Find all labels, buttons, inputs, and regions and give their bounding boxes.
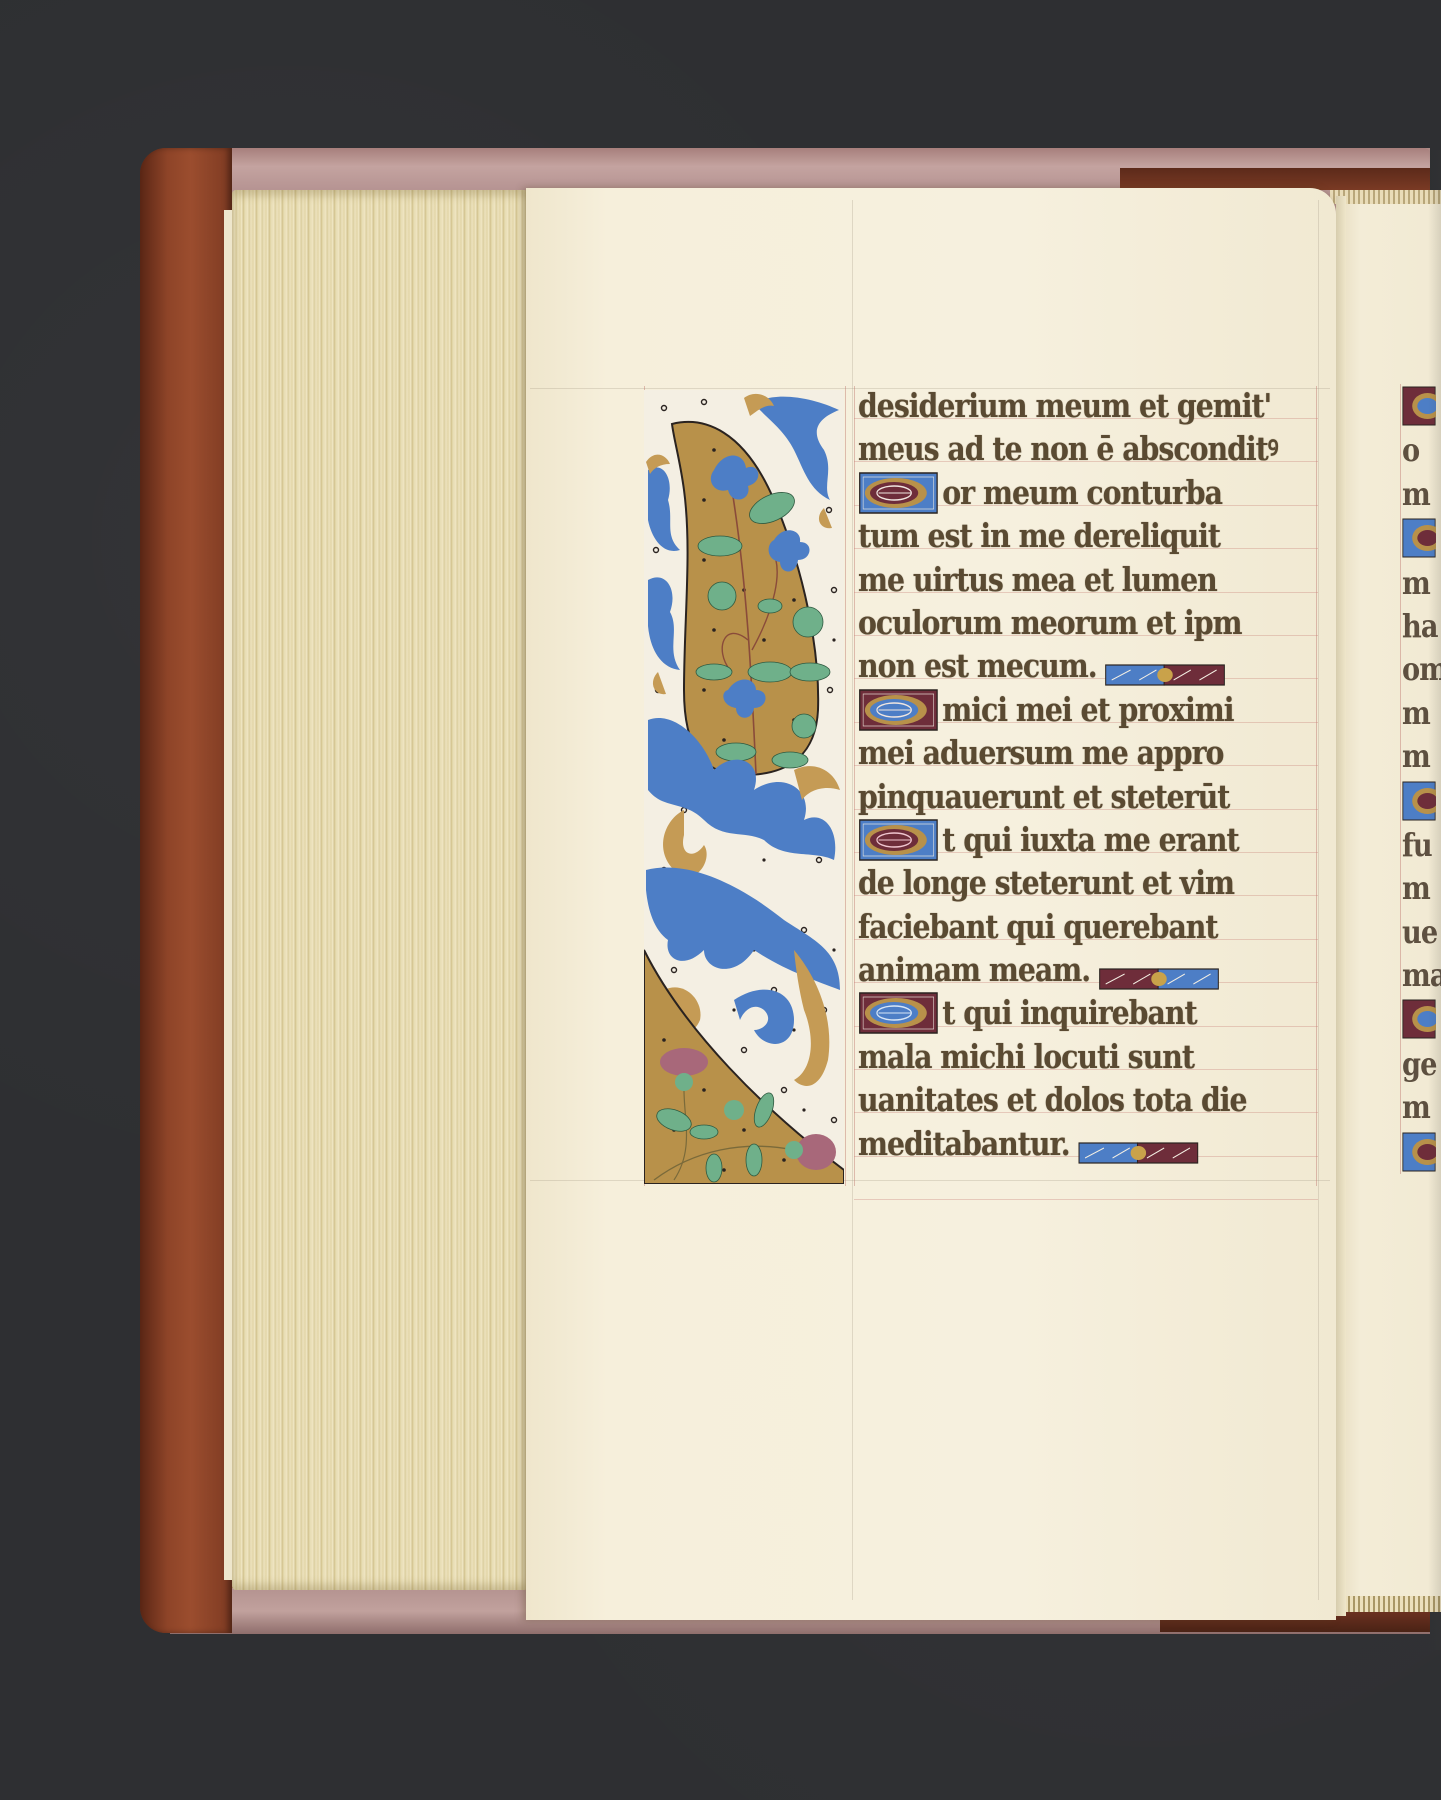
line-filler-ornament [1105, 655, 1225, 677]
line-text: animam meam. [858, 950, 1090, 989]
line-text: oculorum meorum et ipm [858, 603, 1242, 642]
facing-page-fragment: m [1402, 869, 1430, 907]
blue-leaf-left [648, 467, 680, 551]
line-text: t qui iuxta me erant [942, 820, 1238, 859]
line-text: meus ad te non ē absconditꝰ [858, 429, 1278, 468]
line-filler-ornament [1099, 959, 1219, 981]
facing-page-frame-line [1400, 384, 1401, 1174]
gold-scroll-middle [663, 810, 707, 877]
text-line: desiderium meum et gemit' [858, 384, 1254, 427]
headband-top [1330, 190, 1441, 204]
line-text: non est mecum. [858, 646, 1097, 685]
illuminated-initial-a [858, 688, 939, 732]
text-line: meditabantur. [858, 1122, 1254, 1165]
border-illumination-art [644, 390, 844, 1184]
blue-scroll-curl [734, 990, 794, 1044]
line-text: pinquauerunt et steterūt [858, 777, 1229, 816]
text-line: pinquauerunt et steterūt [858, 775, 1254, 818]
line-text: mala michi locuti sunt [858, 1037, 1194, 1076]
blue-leaf-left-2 [648, 577, 680, 670]
border-frame-line [845, 386, 846, 1186]
facing-page-fragment: m [1402, 694, 1430, 732]
line-filler-ornament [1078, 1133, 1198, 1155]
gold-scroll [653, 672, 666, 694]
page-gutter [1336, 196, 1346, 1616]
facing-page-fragment: m [1402, 564, 1430, 602]
line-text: desiderium meum et gemit' [858, 386, 1271, 425]
text-line: t qui inquirebant [858, 991, 1254, 1034]
ruling-guide-vertical [852, 200, 853, 1600]
text-frame-line [854, 386, 855, 1186]
ruling-guide-vertical [1318, 200, 1319, 1600]
text-line: mici mei et proximi [858, 688, 1254, 731]
stacked-page-edges [232, 190, 528, 1590]
text-line: animam meam. [858, 948, 1254, 991]
cover-inner-top [1120, 168, 1430, 190]
line-text: uanitates et dolos tota die [858, 1080, 1247, 1119]
illuminated-initial-e [858, 818, 939, 862]
illuminated-initial-c [858, 471, 939, 515]
text-line: or meum conturba [858, 471, 1254, 514]
text-line: oculorum meorum et ipm [858, 601, 1254, 644]
photo-edge-shadow [1428, 150, 1441, 1650]
facing-page-fragment: m [1402, 1088, 1430, 1126]
line-text: mici mei et proximi [942, 690, 1233, 729]
text-line: uanitates et dolos tota die [858, 1078, 1254, 1121]
facing-page-fragment: o [1402, 431, 1419, 469]
text-line: t qui iuxta me erant [858, 818, 1254, 861]
text-line: de longe steterunt et vim [858, 861, 1254, 904]
text-line: me uirtus mea et lumen [858, 558, 1254, 601]
gold-scroll [819, 508, 832, 528]
ruled-line [854, 1199, 1318, 1200]
text-line: non est mecum. [858, 644, 1254, 687]
illuminated-border [644, 390, 844, 1184]
gold-scroll [794, 766, 840, 800]
facing-page-fragment: m [1402, 737, 1430, 775]
text-line: meus ad te non ē absconditꝰ [858, 427, 1254, 470]
line-text: me uirtus mea et lumen [858, 560, 1217, 599]
line-text: tum est in me dereliquit [858, 516, 1220, 555]
manuscript-text-block: desiderium meum et gemit'meus ad te non … [858, 384, 1318, 1165]
text-line: mala michi locuti sunt [858, 1035, 1254, 1078]
text-line: faciebant qui querebant [858, 905, 1254, 948]
facing-page-fragment: m [1402, 475, 1430, 513]
line-text: mei aduersum me appro [858, 733, 1223, 772]
line-text: or meum conturba [942, 473, 1222, 512]
line-text: faciebant qui querebant [858, 907, 1217, 946]
text-line: tum est in me dereliquit [858, 514, 1254, 557]
line-text: t qui inquirebant [942, 993, 1196, 1032]
text-line: mei aduersum me appro [858, 731, 1254, 774]
line-text: meditabantur. [858, 1124, 1070, 1163]
book-spine-leather [140, 148, 232, 1633]
illuminated-initial-e [858, 991, 939, 1035]
line-text: de longe steterunt et vim [858, 863, 1234, 902]
